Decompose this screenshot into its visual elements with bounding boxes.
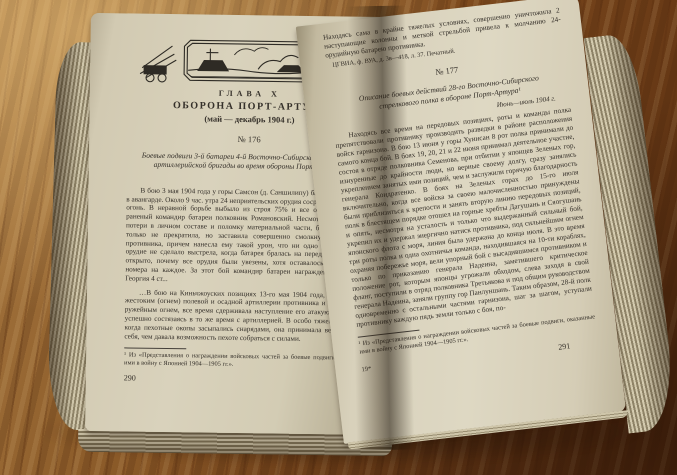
right-page: Находясь сама в крайне тяжелых условиях,… bbox=[296, 0, 626, 444]
footnote-rule bbox=[124, 348, 186, 350]
book-photo: ГЛАВА X ОБОРОНА ПОРТ-АРТУРА (май — декаб… bbox=[0, 0, 677, 475]
left-footnote: ¹ Из «Представления о награждении войско… bbox=[124, 352, 368, 371]
left-page-number: 290 bbox=[124, 373, 368, 385]
body-paragraph-right: Находясь все время на передовых позициях… bbox=[334, 106, 593, 330]
